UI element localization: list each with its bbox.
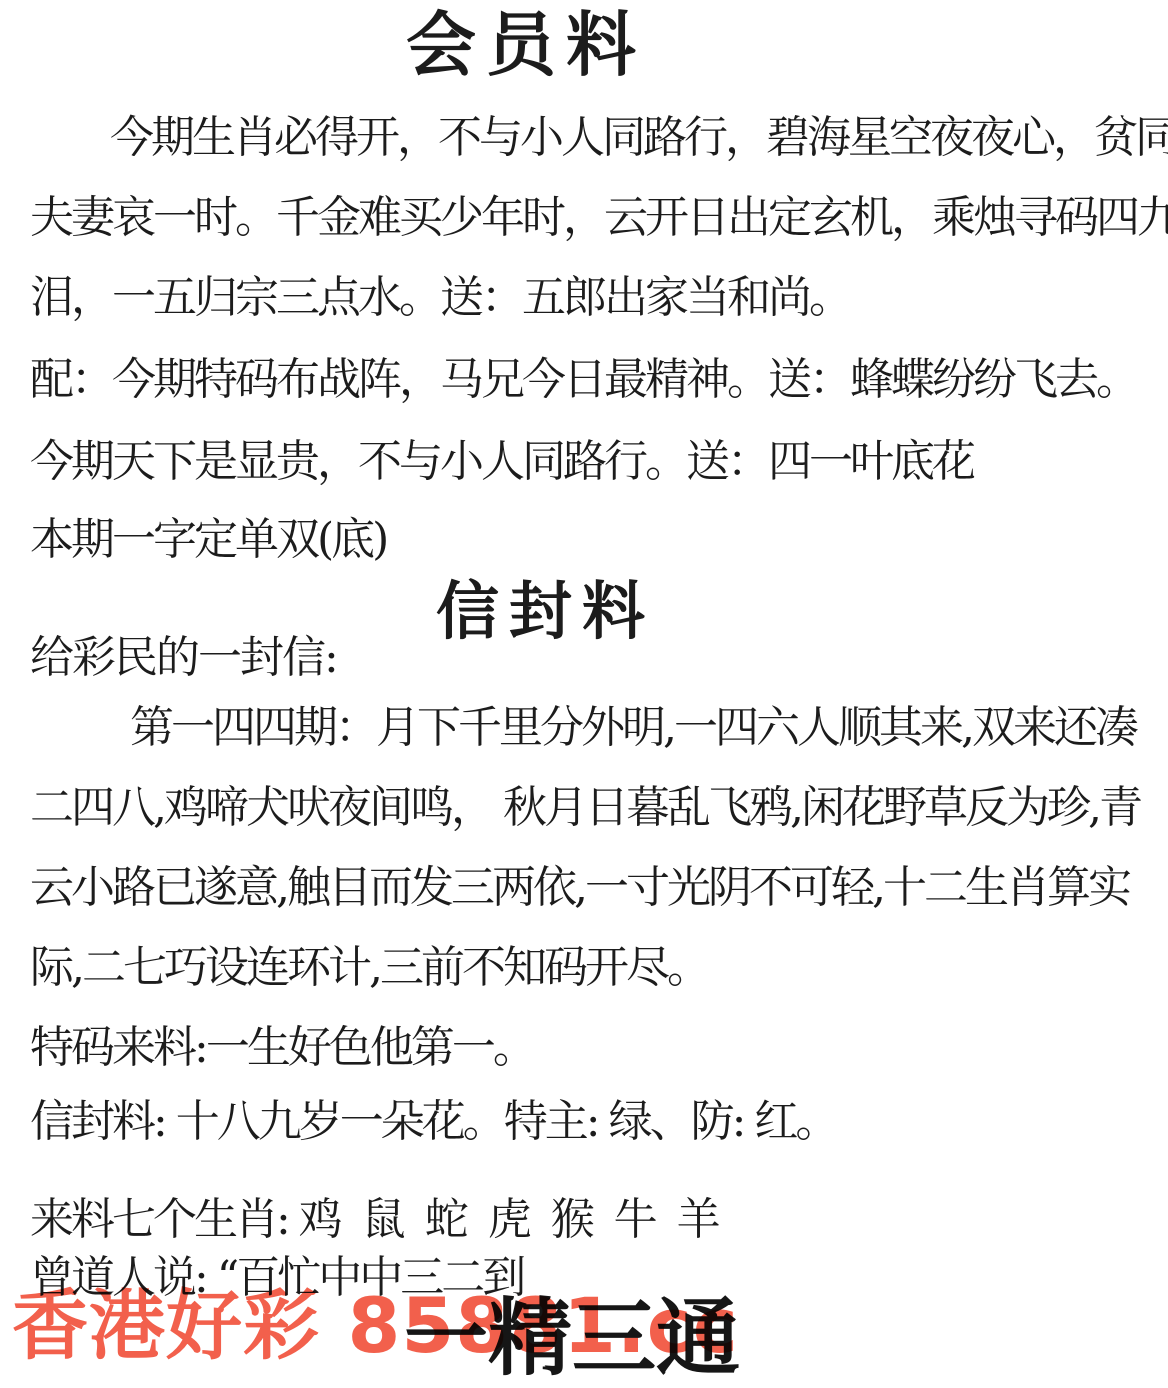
envelope-intro: 给彩民的一封信: (30, 632, 337, 684)
document-page: 会员料 今期生肖必得开，不与小人同路行，碧海星空夜夜心，贫同 夫妻哀一时。千金难… (0, 0, 1168, 1388)
member-line-4: 配：今期特码布战阵，马兄今日最精神。送：蜂蝶纷纷飞去。 (30, 354, 1160, 406)
member-line-2: 夫妻哀一时。千金难买少年时，云开日出定玄机，乘烛寻码四九 (30, 192, 1160, 244)
member-line-6: 本期一字定单双(底) (30, 514, 1160, 566)
envelope-line-6: 信封料: 十八九岁一朵花。特主: 绿、防: 红。 (30, 1096, 1160, 1148)
envelope-line-7: 来料七个生肖: 鸡 鼠 蛇 虎 猴 牛 羊 (30, 1194, 1160, 1246)
envelope-line-4: 际,二七巧设连环计,三前不知码开尽。 (30, 942, 1160, 994)
member-section-title: 会员料 (406, 10, 646, 80)
member-line-1: 今期生肖必得开，不与小人同路行，碧海星空夜夜心，贫同 (30, 112, 1160, 164)
envelope-line-1: 第一四四期：月下千里分外明,一四六人顺其来,双来还凑 (30, 702, 1160, 754)
envelope-line-5: 特码来料:一生好色他第一。 (30, 1022, 1160, 1074)
member-line-3: 泪，一五归宗三点水。送：五郎出家当和尚。 (30, 272, 1160, 324)
envelope-line-2: 二四八,鸡啼犬吠夜间鸣， 秋月日暮乱飞鸦,闲花野草反为珍,青 (30, 782, 1160, 834)
envelope-section-title: 信封料 (436, 580, 655, 643)
site-watermark: 香港好彩 85881.cc (12, 1288, 739, 1364)
envelope-line-3: 云小路已遂意,触目而发三两依,一寸光阴不可轻,十二生肖算实 (30, 862, 1160, 914)
member-line-5: 今期天下是显贵，不与小人同路行。送：四一叶底花 (30, 436, 1160, 488)
